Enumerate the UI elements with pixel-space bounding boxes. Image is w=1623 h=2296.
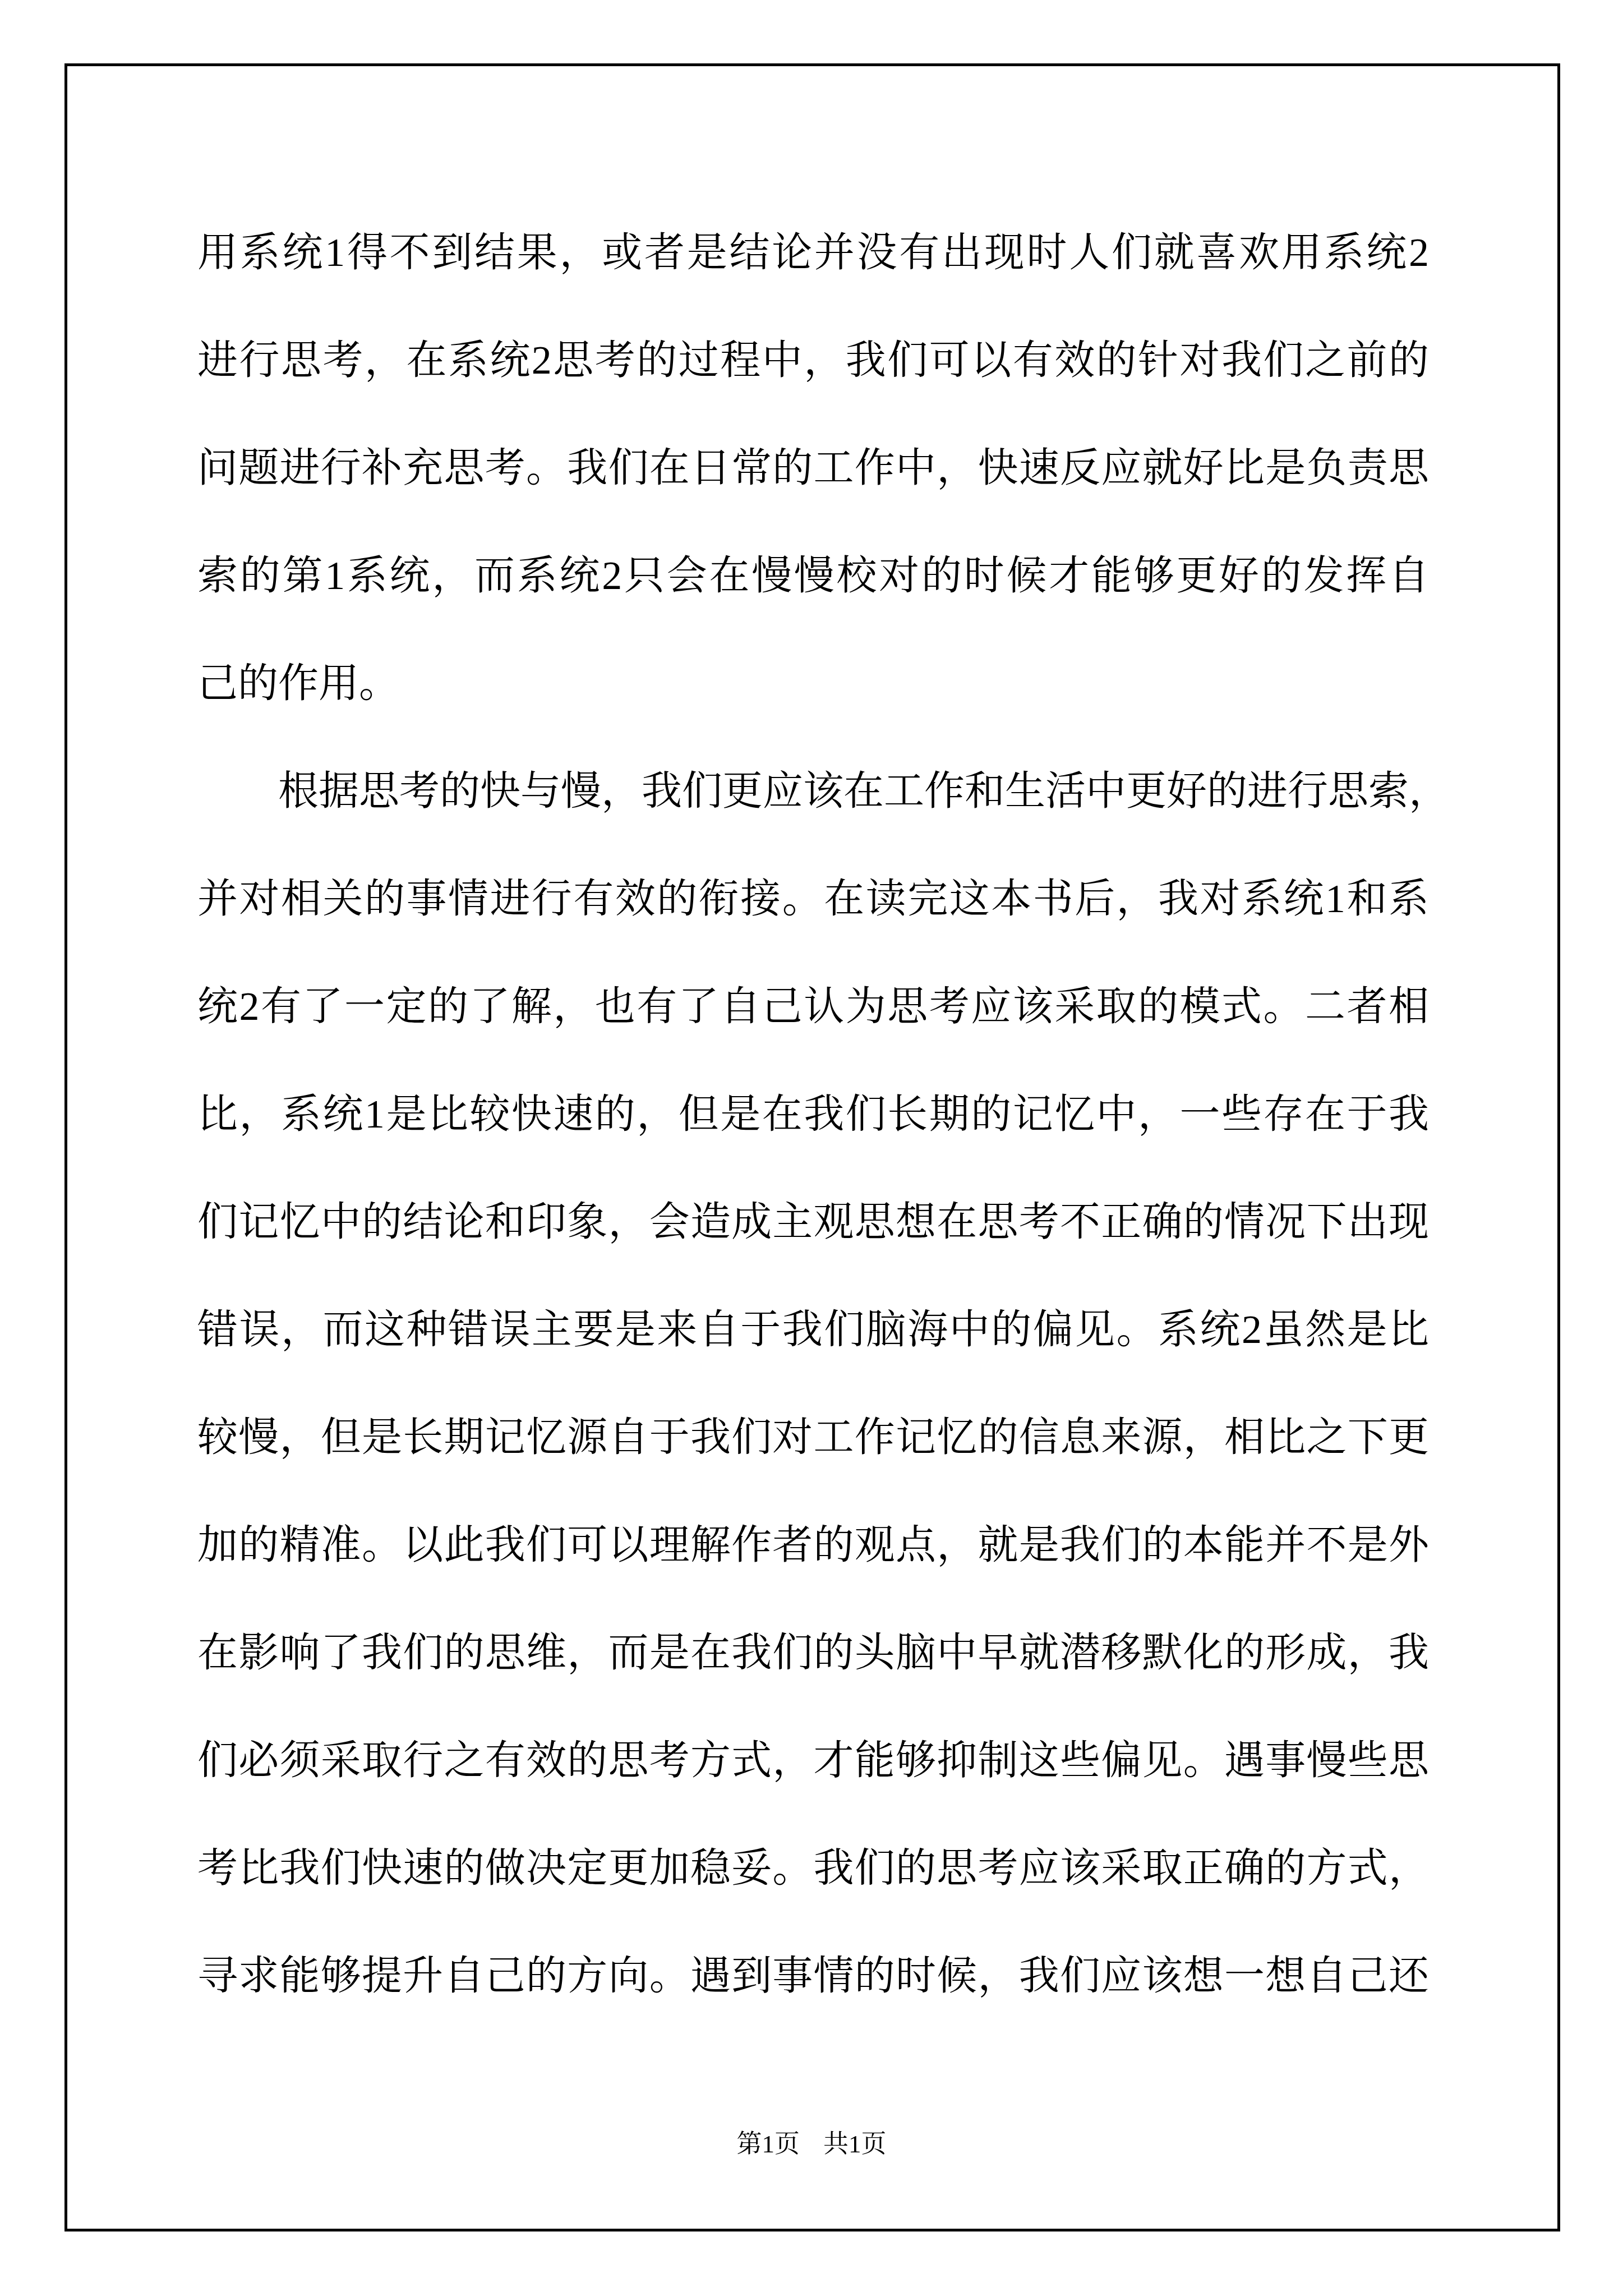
body-text-line: 错误，而这种错误主要是来自于我们脑海中的偏见。系统2虽然是比 [197,1276,1429,1383]
body-text-line: 在影响了我们的思维，而是在我们的头脑中早就潜移默化的形成，我 [197,1599,1429,1706]
body-text-line: 寻求能够提升自己的方向。遇到事情的时候，我们应该想一想自己还 [197,1922,1429,2030]
body-text-line: 问题进行补充思考。我们在日常的工作中，快速反应就好比是负责思 [197,414,1429,522]
body-text-line: 己的作用。 [197,629,1429,737]
body-text-line: 们记忆中的结论和印象，会造成主观思想在思考不正确的情况下出现 [197,1168,1429,1276]
body-text-line: 加的精准。以此我们可以理解作者的观点，就是我们的本能并不是外 [197,1491,1429,1599]
document-page: 用系统1得不到结果，或者是结论并没有出现时人们就喜欢用系统2进行思考，在系统2思… [0,0,1623,2296]
body-text-line: 们必须采取行之有效的思考方式，才能够抑制这些偏见。遇事慢些思 [197,1706,1429,1814]
page-footer: 第1页共1页 [0,2124,1623,2164]
body-text-line: 考比我们快速的做决定更加稳妥。我们的思考应该采取正确的方式， [197,1814,1429,1922]
body-text-line: 索的第1系统，而系统2只会在慢慢校对的时候才能够更好的发挥自 [197,522,1429,629]
body-text-line: 统2有了一定的了解，也有了自己认为思考应该采取的模式。二者相 [197,953,1429,1060]
page-count-label: 共1页 [823,2130,887,2158]
body-text-line: 并对相关的事情进行有效的衔接。在读完这本书后，我对系统1和系 [197,845,1429,953]
body-text-line: 比，系统1是比较快速的，但是在我们长期的记忆中，一些存在于我 [197,1060,1429,1168]
body-text-line: 进行思考，在系统2思考的过程中，我们可以有效的针对我们之前的 [197,306,1429,414]
body-text-line: 用系统1得不到结果，或者是结论并没有出现时人们就喜欢用系统2 [197,199,1429,306]
body-text-line: 根据思考的快与慢，我们更应该在工作和生活中更好的进行思索， [197,737,1429,845]
body-text-line: 较慢，但是长期记忆源自于我们对工作记忆的信息来源，相比之下更 [197,1383,1429,1491]
document-body: 用系统1得不到结果，或者是结论并没有出现时人们就喜欢用系统2进行思考，在系统2思… [197,199,1429,2030]
page-number-label: 第1页 [736,2130,800,2158]
